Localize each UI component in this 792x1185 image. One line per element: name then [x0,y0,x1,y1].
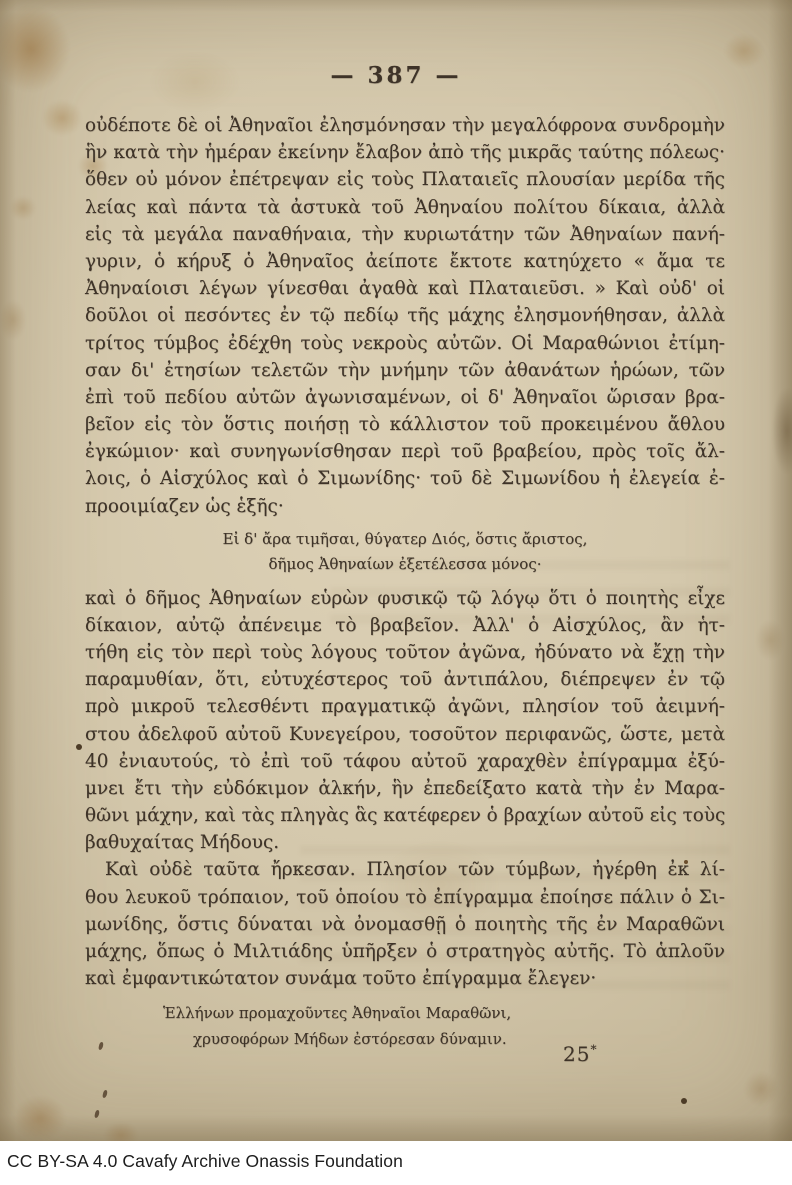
epigram-quote: Ἑλλήνων προμαχοῦντες Ἀθηναῖοι Μαραθῶνι, … [85,1001,725,1052]
body-line: παραμυθίαν, ὅτι, εὐτυχέστερος τοῦ ἀντιπά… [85,666,725,693]
signature-asterisk: * [590,1042,597,1056]
page-number: — 387 — [0,62,792,89]
foxing-stain [0,300,26,340]
ink-mark [94,1110,100,1119]
body-line: σαν δι' ἐτησίων τελετῶν τὴν μνήμην τῶν ἀ… [85,357,725,384]
ink-speck [76,744,82,750]
body-line: μωνίδης, ὅστις δύναται νὰ ὀνομασθῇ ὁ ποι… [85,911,725,938]
foxing-stain [10,196,36,220]
body-line: δίκαιον, αὐτῷ ἀπένειμε τὸ βραβεῖον. Ἀλλ'… [85,612,725,639]
body-line: Ἀθηναίοισι λέγων γίνεσθαι ἀγαθὰ καὶ Πλατ… [85,275,725,302]
body-line: λείας καὶ πάντα τὰ ἀστυκὰ τοῦ Ἀθηναίου π… [85,194,725,221]
ink-speck [681,1098,687,1104]
text-block: οὐδέποτε δὲ οἱ Ἀθηναῖοι ἐλησμόνησαν τὴν … [85,112,725,1059]
license-text: CC BY-SA 4.0 Cavafy Archive Onassis Foun… [7,1151,403,1172]
body-line: οὐδέποτε δὲ οἱ Ἀθηναῖοι ἐλησμόνησαν τὴν … [85,112,725,139]
book-page-scan: — 387 — οὐδέποτε δὲ οἱ Ἀθηναῖοι ἐλησμόνη… [0,0,792,1141]
body-line: καὶ ἐμφαντικώτατον συνάμα τοῦτο ἐπίγραμμ… [85,965,725,992]
body-line: βαθυχαίτας Μήδους. [85,829,725,856]
body-line: 40 ἐνιαυτούς, τὸ ἐπὶ τοῦ τάφου αὐτοῦ χαρ… [85,748,725,775]
body-line: δοῦλοι οἱ πεσόντες ἐν τῷ πεδίῳ τῆς μάχης… [85,302,725,329]
body-line: μνει ἔτι τὴν εὐδόκιμον ἀλκήν, ἣν ἐπεδείξ… [85,775,725,802]
body-line: λοις, ὁ Αἰσχύλος καὶ ὁ Σιμωνίδης· τοῦ δὲ… [85,465,725,492]
body-line: προοιμίαζεν ὡς ἑξῆς· [85,493,725,520]
body-line: ἐπὶ τοῦ πεδίου αὐτῶν ἀγωνισαμένων, οἱ δ'… [85,384,725,411]
body-line: καὶ ὁ δῆμος Ἀθηναίων εὑρὼν φυσικῷ τῷ λόγ… [85,585,725,612]
foxing-stain [744,1072,778,1106]
body-line: τρίτος τύμβος ἐδέχθη τοὺς νεκροὺς αὐτῶν.… [85,330,725,357]
body-line: Καὶ οὐδὲ ταῦτα ἤρκεσαν. Πλησίον τῶν τύμβ… [85,856,725,883]
signature-mark: 25* [563,1042,597,1066]
signature-number: 25 [563,1042,590,1066]
body-line: στου ἀδελφοῦ αὐτοῦ Κυνεγείρου, τοσοῦτον … [85,721,725,748]
ink-mark [102,1090,108,1099]
body-line: ἐγκώμιον· καὶ συνηγωνίσθησαν περὶ τοῦ βρ… [85,438,725,465]
foxing-stain [14,1096,66,1140]
screenshot: — 387 — οὐδέποτε δὲ οἱ Ἀθηναῖοι ἐλησμόνη… [0,0,792,1185]
body-line: θῶνι μάχην, καὶ τὰς πληγὰς ἃς κατέφερεν … [85,802,725,829]
quote-line: δῆμος Ἀθηναίων ἐξετέλεσσα μόνος· [85,552,725,577]
quote-line: Ἑλλήνων προμαχοῦντες Ἀθηναῖοι Μαραθῶνι, [85,1001,725,1026]
body-line: θου λευκοῦ τρόπαιον, τοῦ ὁποίου τὸ ἐπίγρ… [85,884,725,911]
body-line: ἣν κατὰ τὴν ἡμέραν ἐκείνην ἔλαβον ἀπὸ τῆ… [85,139,725,166]
foxing-stain [772,388,792,474]
body-line: βεῖον εἰς τὸν ὅστις ποιήσῃ τὸ κάλλιστον … [85,411,725,438]
quote-line: χρυσοφόρων Μήδων ἐστόρεσαν δύναμιν. [85,1027,725,1052]
quote-line: Εἰ δ' ἄρα τιμῆσαι, θύγατερ Διός, ὅστις ἄ… [85,527,725,552]
license-bar: CC BY-SA 4.0 Cavafy Archive Onassis Foun… [0,1141,792,1185]
body-line: εἰς τὰ μεγάλα παναθήναια, τὴν κυριωτάτην… [85,221,725,248]
body-line: τήθη εἰς τὸν περὶ τοὺς λόγους τοῦτον ἀγῶ… [85,639,725,666]
foxing-stain [756,620,784,660]
body-line: γυριν, ὁ κήρυξ ὁ Ἀθηναῖος ἀείποτε ἔκτοτε… [85,248,725,275]
foxing-stain [42,100,82,136]
body-line: ὅθεν οὐ μόνον ἐπέτρεψαν εἰς τοὺς Πλαταιε… [85,166,725,193]
body-line: μάχης, ὅπως ὁ Μιλτιάδης ὑπῆρξεν ὁ στρατη… [85,938,725,965]
elegy-quote: Εἰ δ' ἄρα τιμῆσαι, θύγατερ Διός, ὅστις ἄ… [85,527,725,578]
body-line: πρὸ μικροῦ τελεσθέντι πραγματικῷ ἀγῶνι, … [85,693,725,720]
